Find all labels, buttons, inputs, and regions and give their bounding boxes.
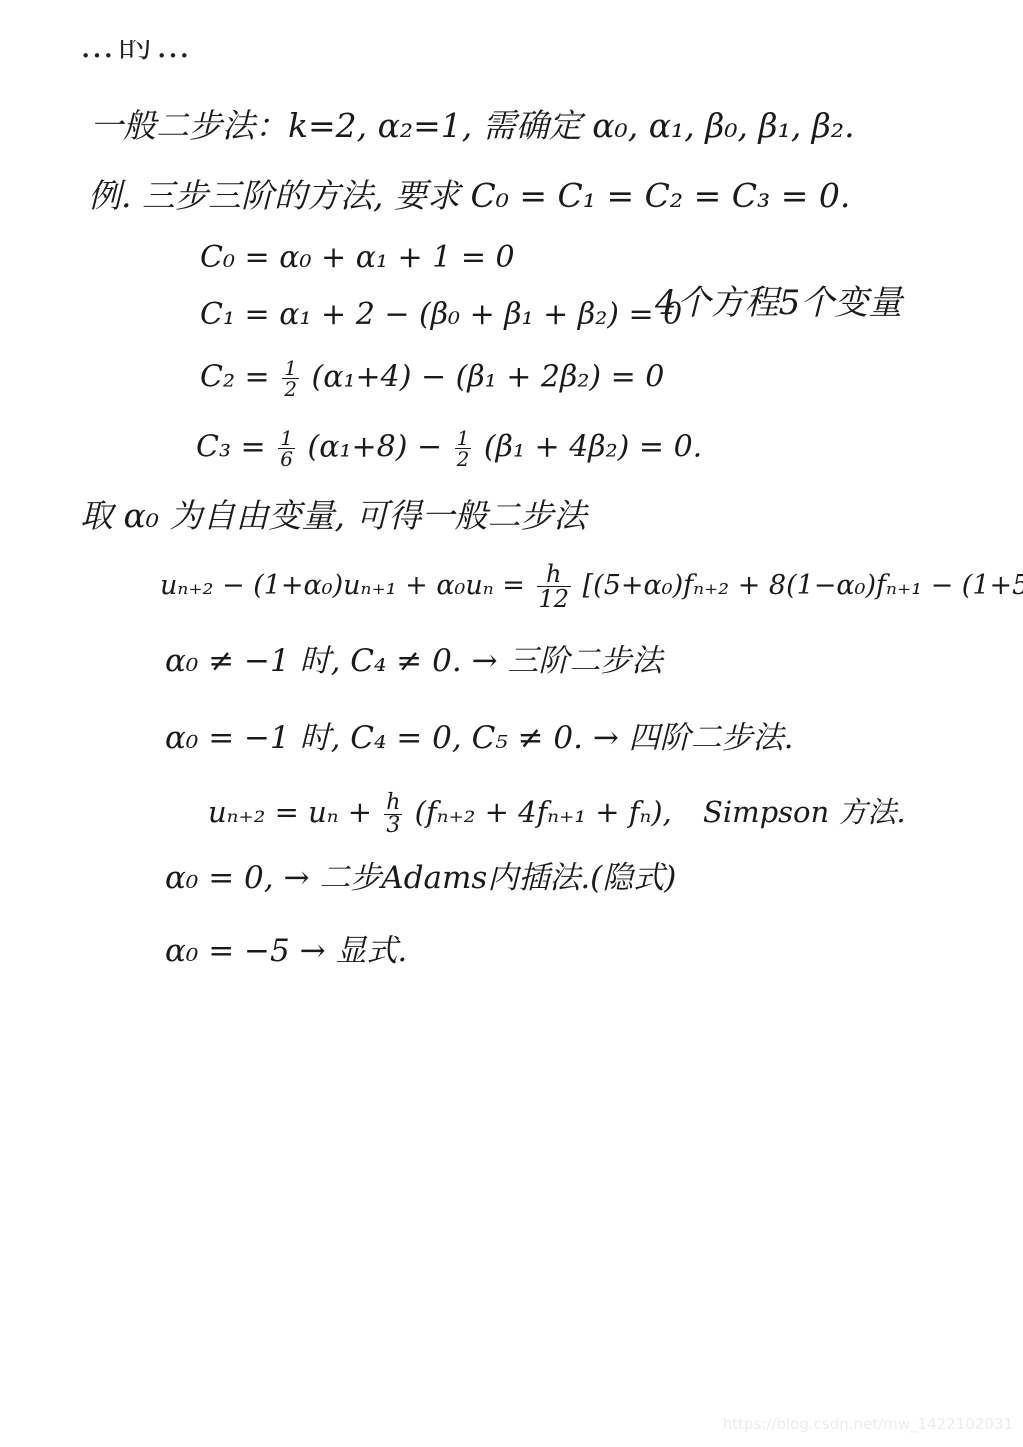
simpson-formula: uₙ₊₂ = uₙ + h3 (fₙ₊₂ + 4fₙ₊₁ + fₙ), Simp…: [208, 790, 906, 837]
eq-lhs: C₁: [200, 297, 235, 332]
heading-general-two-step: 一般二步法：k=2, α₂=1, 需确定 α₀, α₁, β₀, β₁, β₂.: [90, 100, 855, 147]
fraction: h12: [537, 562, 572, 611]
equation-c1: C₁ = α₁ + 2 − (β₀ + β₁ + β₂) = 0: [200, 297, 682, 332]
fraction: h3: [384, 792, 402, 837]
eq-rhs: (α₁+4) − (β₁ + 2β₂) = 0: [312, 360, 665, 395]
general-formula: uₙ₊₂ − (1+α₀)uₙ₊₁ + α₀uₙ = h12 [(5+α₀)fₙ…: [160, 562, 1023, 611]
eq-rhs: (β₁ + 4β₂) = 0.: [484, 430, 702, 465]
case-explicit: α₀ = −5 → 显式.: [165, 925, 407, 970]
equation-c0: C₀ = α₀ + α₁ + 1 = 0: [200, 240, 515, 275]
fraction: 12: [282, 358, 299, 399]
method-name: Simpson 方法.: [703, 795, 906, 829]
side-note: 4个方程5个变量: [655, 275, 902, 324]
case-adams: α₀ = 0, → 二步Adams内插法.(隐式): [165, 852, 676, 897]
equation-c3: C₃ = 16 (α₁+8) − 12 (β₁ + 4β₂) = 0.: [196, 428, 702, 469]
eq-lhs: C₀: [200, 240, 235, 275]
formula-rhs: (fₙ₊₂ + 4fₙ₊₁ + fₙ),: [415, 795, 672, 829]
eq-rhs: = α₀ + α₁ + 1 = 0: [245, 240, 515, 275]
eq-rhs: =: [245, 360, 280, 395]
eq-rhs: (α₁+8) −: [308, 430, 452, 465]
equation-c2: C₂ = 12 (α₁+4) − (β₁ + 2β₂) = 0: [200, 358, 664, 399]
watermark: https://blog.csdn.net/mw_1422102031: [723, 1415, 1013, 1433]
cut-off-top-line: …的…: [80, 40, 380, 62]
fraction: 16: [278, 428, 295, 469]
eq-lhs: C₃: [196, 430, 231, 465]
eq-rhs: = α₁ + 2 − (β₀ + β₁ + β₂) = 0: [245, 297, 683, 332]
fraction: 12: [455, 428, 472, 469]
formula-lhs: uₙ₊₂ = uₙ +: [208, 795, 381, 829]
example-statement: 例. 三步三阶的方法, 要求 C₀ = C₁ = C₂ = C₃ = 0.: [88, 170, 850, 217]
eq-lhs: C₂: [200, 360, 235, 395]
case-third-order: α₀ ≠ −1 时, C₄ ≠ 0. → 三阶二步法: [165, 635, 662, 680]
free-variable-statement: 取 α₀ 为自由变量, 可得一般二步法: [80, 490, 586, 537]
formula-rhs: [(5+α₀)fₙ₊₂ + 8(1−α₀)fₙ₊₁ − (1+5α₀)fₙ].: [583, 570, 1023, 601]
formula-lhs: uₙ₊₂ − (1+α₀)uₙ₊₁ + α₀uₙ =: [160, 570, 534, 601]
case-fourth-order: α₀ = −1 时, C₄ = 0, C₅ ≠ 0. → 四阶二步法.: [165, 712, 794, 757]
eq-rhs: =: [241, 430, 276, 465]
